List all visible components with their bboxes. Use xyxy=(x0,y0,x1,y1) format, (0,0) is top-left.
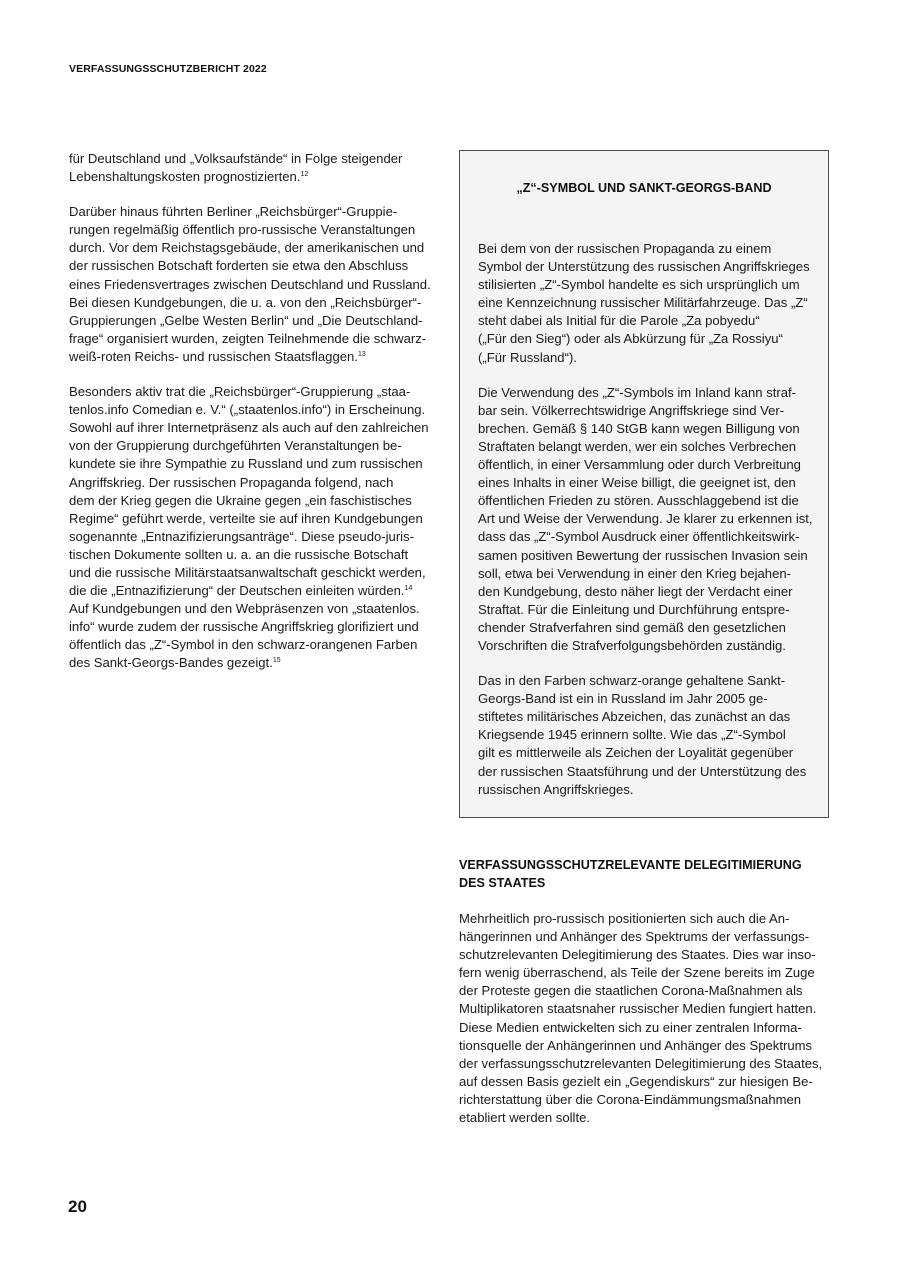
footnote-marker[interactable]: 15 xyxy=(273,657,281,664)
text-line: öffentlich, in einer Versammlung oder du… xyxy=(478,456,818,474)
text-line: schutzrelevanten Delegitimierung des Sta… xyxy=(459,946,831,964)
text-line: hängerinnen und Anhänger des Spektrums d… xyxy=(459,928,831,946)
infobox-body: Bei dem von der russischen Propaganda zu… xyxy=(478,240,818,816)
paragraph-intro: für Deutschland und „Volksaufstände“ in … xyxy=(69,150,441,186)
text-line: von der Gruppierung durchgeführten Veran… xyxy=(69,437,441,455)
text-line: Darüber hinaus führten Berliner „Reichsb… xyxy=(69,203,441,221)
heading-line: VERFASSUNGSSCHUTZRELEVANTE DELEGITIMIERU… xyxy=(459,857,831,875)
text-line: Sowohl auf ihrer Internetpräsenz als auc… xyxy=(69,419,441,437)
left-column: für Deutschland und „Volksaufstände“ in … xyxy=(69,150,441,690)
text-line: für Deutschland und „Volksaufstände“ in … xyxy=(69,150,441,168)
text-line: Diese Medien entwickelten sich zu einer … xyxy=(459,1019,831,1037)
text-line: russischen Angriffskrieges. xyxy=(478,781,818,799)
text-line: weiß-roten Reichs- und russischen Staats… xyxy=(69,348,441,366)
text-line: fern wenig überraschend, als Teile der S… xyxy=(459,964,831,982)
text-line: Angriffskrieg. Der russischen Propaganda… xyxy=(69,474,441,492)
text-line: dem der Krieg gegen die Ukraine gegen „e… xyxy=(69,492,441,510)
text-line: und die russische Militärstaatsanwaltsch… xyxy=(69,564,441,582)
text-line: („Für Russland“). xyxy=(478,349,818,367)
text-line: Besonders aktiv trat die „Reichsbürger“-… xyxy=(69,383,441,401)
paragraph-berlin-groups: Darüber hinaus führten Berliner „Reichsb… xyxy=(69,203,441,366)
text-line: Georgs-Band ist ein in Russland im Jahr … xyxy=(478,690,818,708)
text-line: der russischen Staatsführung und der Unt… xyxy=(478,763,818,781)
paragraph-delegitimierung: Mehrheitlich pro-russisch positionierten… xyxy=(459,910,831,1127)
text-line: der Proteste gegen die staatlichen Coron… xyxy=(459,982,831,1000)
footnote-marker[interactable]: 12 xyxy=(300,171,308,178)
text-line: stiftetes militärisches Abzeichen, das z… xyxy=(478,708,818,726)
text-line: tischen Dokumente sollten u. a. an die r… xyxy=(69,546,441,564)
text-line: Auf Kundgebungen und den Webpräsenzen vo… xyxy=(69,600,441,618)
text-line: Art und Weise der Verwendung. Je klarer … xyxy=(478,510,818,528)
text-line: des Sankt-Georgs-Bandes gezeigt.15 xyxy=(69,654,441,672)
text-line: den Kundgebung, desto näher liegt der Ve… xyxy=(478,583,818,601)
text-line: sogenannte „Entnazifizierungsanträge“. D… xyxy=(69,528,441,546)
running-header: VERFASSUNGSSCHUTZBERICHT 2022 xyxy=(69,63,267,75)
text-line: chender Strafverfahren sind gemäß den ge… xyxy=(478,619,818,637)
paragraph-staatenlos: Besonders aktiv trat die „Reichsbürger“-… xyxy=(69,383,441,673)
text-line: die die „Entnazifizierung“ der Deutschen… xyxy=(69,582,441,600)
text-line: dass das „Z“-Symbol Ausdruck einer öffen… xyxy=(478,528,818,546)
infobox-paragraph: Die Verwendung des „Z“-Symbols im Inland… xyxy=(478,384,818,655)
text-line: Lebenshaltungskosten prognostizierten.12 xyxy=(69,168,441,186)
text-line: öffentlichen Frieden zu stören. Ausschla… xyxy=(478,492,818,510)
text-line: eines Inhalts in einer Weise billigt, di… xyxy=(478,474,818,492)
text-line: Bei diesen Kundgebungen, die u. a. von d… xyxy=(69,294,441,312)
text-line: soll, etwa bei Verwendung in einer den K… xyxy=(478,565,818,583)
text-line: stilisierten „Z“-Symbol handelte es sich… xyxy=(478,276,818,294)
text-line: richterstattung über die Corona-Eindämmu… xyxy=(459,1091,831,1109)
text-line: Das in den Farben schwarz-orange gehalte… xyxy=(478,672,818,690)
page-number: 20 xyxy=(68,1197,87,1217)
text-line: Vorschriften die Strafverfolgungsbehörde… xyxy=(478,637,818,655)
footnote-marker[interactable]: 13 xyxy=(358,351,366,358)
section-body: Mehrheitlich pro-russisch positionierten… xyxy=(459,910,831,1144)
infobox-paragraph: Das in den Farben schwarz-orange gehalte… xyxy=(478,672,818,799)
text-line: info“ wurde zudem der russische Angriffs… xyxy=(69,618,441,636)
text-line: tenlos.info Comedian e. V.“ („staatenlos… xyxy=(69,401,441,419)
text-line: Kriegsende 1945 erinnern sollte. Wie das… xyxy=(478,726,818,744)
text-line: Regime“ geführt werde, verteilte sie auf… xyxy=(69,510,441,528)
text-line: Multiplikatoren staatsnaher russischer M… xyxy=(459,1000,831,1018)
text-line: auf dessen Basis gezielt ein „Gegendisku… xyxy=(459,1073,831,1091)
text-line: gilt es mittlerweile als Zeichen der Loy… xyxy=(478,744,818,762)
text-line: Straftat. Für die Einleitung und Durchfü… xyxy=(478,601,818,619)
text-line: eines Friedensvertrages zwischen Deutsch… xyxy=(69,276,441,294)
infobox-paragraph: Bei dem von der russischen Propaganda zu… xyxy=(478,240,818,367)
text-line: rungen regelmäßig öffentlich pro-russisc… xyxy=(69,221,441,239)
text-line: der verfassungsschutzrelevanten Delegiti… xyxy=(459,1055,831,1073)
text-line: Gruppierungen „Gelbe Westen Berlin“ und … xyxy=(69,312,441,330)
text-line: steht dabei als Initial für die Parole „… xyxy=(478,312,818,330)
text-line: Mehrheitlich pro-russisch positionierten… xyxy=(459,910,831,928)
section-heading: VERFASSUNGSSCHUTZRELEVANTE DELEGITIMIERU… xyxy=(459,857,831,892)
text-line: brechen. Gemäß § 140 StGB kann wegen Bil… xyxy=(478,420,818,438)
infobox-z-symbol: „Z“-SYMBOL UND SANKT-GEORGS-BAND Bei dem… xyxy=(459,150,829,818)
footnote-marker[interactable]: 14 xyxy=(405,585,413,592)
text-line: („Für den Sieg“) oder als Abkürzung für … xyxy=(478,330,818,348)
heading-line: DES STAATES xyxy=(459,875,831,893)
text-line: eine Kennzeichnung russischer Militärfah… xyxy=(478,294,818,312)
text-line: durch. Vor dem Reichstagsgebäude, der am… xyxy=(69,239,441,257)
text-line: Die Verwendung des „Z“-Symbols im Inland… xyxy=(478,384,818,402)
text-line: bar sein. Völkerrechtswidrige Angriffskr… xyxy=(478,402,818,420)
text-line: der russischen Botschaft forderten sie e… xyxy=(69,257,441,275)
text-line: öffentlich das „Z“-Symbol in den schwarz… xyxy=(69,636,441,654)
text-line: Straftaten belangt werden, wer ein solch… xyxy=(478,438,818,456)
text-line: Symbol der Unterstützung des russischen … xyxy=(478,258,818,276)
infobox-title: „Z“-SYMBOL UND SANKT-GEORGS-BAND xyxy=(460,181,828,195)
text-line: frage“ organisiert wurden, zeigten Teiln… xyxy=(69,330,441,348)
text-line: kundete sie ihre Sympathie zu Russland u… xyxy=(69,455,441,473)
text-line: samen positiven Bewertung der russischen… xyxy=(478,547,818,565)
text-line: tionsquelle der Anhängerinnen und Anhäng… xyxy=(459,1037,831,1055)
text-line: Bei dem von der russischen Propaganda zu… xyxy=(478,240,818,258)
text-line: etabliert werden sollte. xyxy=(459,1109,831,1127)
